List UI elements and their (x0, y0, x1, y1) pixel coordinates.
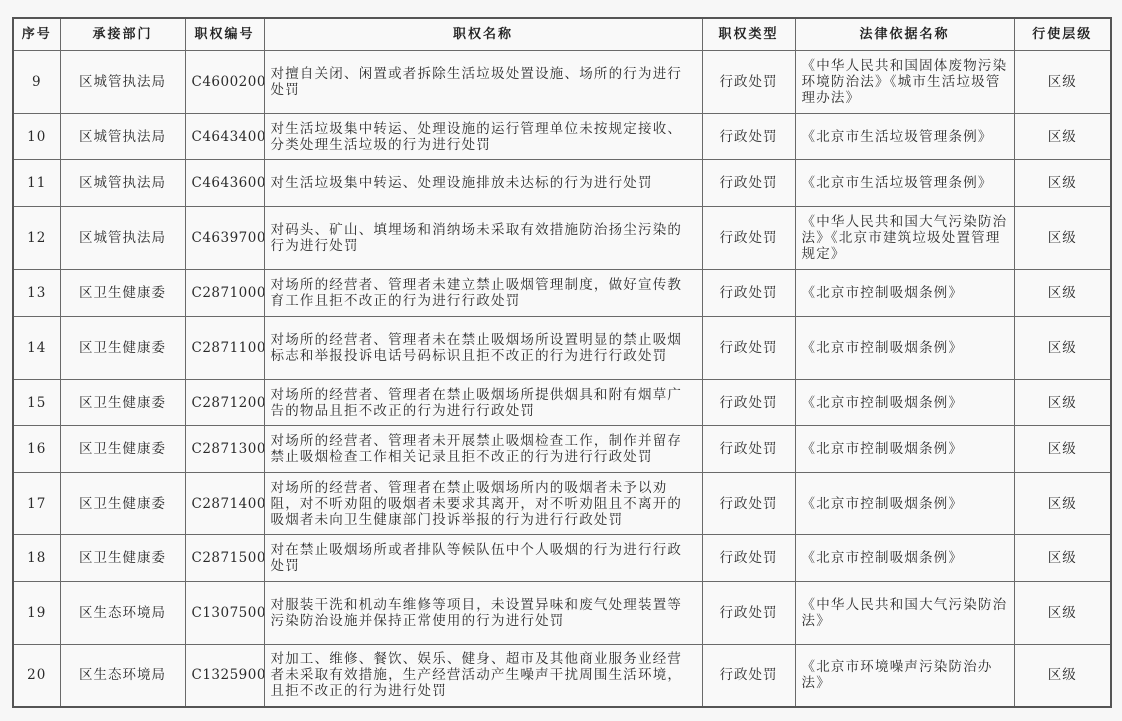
cell-serial-no: 14 (13, 317, 60, 380)
cell-authority-type: 行政处罚 (702, 207, 795, 270)
header-serial-no: 序号 (13, 18, 60, 51)
cell-department: 区卫生健康委 (60, 473, 185, 535)
cell-authority-type: 行政处罚 (702, 270, 795, 317)
cell-exercise-level: 区级 (1014, 380, 1111, 426)
cell-authority-type: 行政处罚 (702, 645, 795, 707)
cell-authority-name: 对擅自关闭、闲置或者拆除生活垃圾处置设施、场所的行为进行处罚 (264, 51, 702, 114)
cell-department: 区城管执法局 (60, 207, 185, 270)
cell-exercise-level: 区级 (1014, 51, 1111, 114)
cell-authority-code: C2871100 (185, 317, 264, 380)
cell-authority-name: 对场所的经营者、管理者未开展禁止吸烟检查工作，制作并留存禁止吸烟检查工作相关记录… (264, 426, 702, 473)
table-row: 16 区卫生健康委 C2871300 对场所的经营者、管理者未开展禁止吸烟检查工… (13, 426, 1111, 473)
cell-authority-type: 行政处罚 (702, 473, 795, 535)
cell-legal-basis: 《中华人民共和国大气污染防治法》 (795, 582, 1014, 645)
cell-authority-name: 对生活垃圾集中转运、处理设施排放未达标的行为进行处罚 (264, 160, 702, 207)
cell-department: 区城管执法局 (60, 51, 185, 114)
cell-authority-name: 对服装干洗和机动车维修等项目，未设置异味和废气处理装置等污染防治设施并保持正常使… (264, 582, 702, 645)
header-department: 承接部门 (60, 18, 185, 51)
cell-legal-basis: 《中华人民共和国大气污染防治法》《北京市建筑垃圾处置管理规定》 (795, 207, 1014, 270)
cell-serial-no: 20 (13, 645, 60, 707)
cell-authority-type: 行政处罚 (702, 380, 795, 426)
table-row: 18 区卫生健康委 C2871500 对在禁止吸烟场所或者排队等候队伍中个人吸烟… (13, 535, 1111, 582)
cell-legal-basis: 《北京市控制吸烟条例》 (795, 426, 1014, 473)
cell-authority-code: C2871300 (185, 426, 264, 473)
cell-department: 区卫生健康委 (60, 317, 185, 380)
table-row: 13 区卫生健康委 C2871000 对场所的经营者、管理者未建立禁止吸烟管理制… (13, 270, 1111, 317)
authority-table: 序号 承接部门 职权编号 职权名称 职权类型 法律依据名称 行使层级 9 区城管… (12, 17, 1112, 708)
cell-authority-code: C2871200 (185, 380, 264, 426)
header-exercise-level: 行使层级 (1014, 18, 1111, 51)
table-row: 15 区卫生健康委 C2871200 对场所的经营者、管理者在禁止吸烟场所提供烟… (13, 380, 1111, 426)
cell-legal-basis: 《北京市控制吸烟条例》 (795, 380, 1014, 426)
table-row: 20 区生态环境局 C1325900 对加工、维修、餐饮、娱乐、健身、超市及其他… (13, 645, 1111, 707)
authority-table-container: 序号 承接部门 职权编号 职权名称 职权类型 法律依据名称 行使层级 9 区城管… (12, 17, 1110, 708)
cell-authority-name: 对场所的经营者、管理者未建立禁止吸烟管理制度，做好宣传教育工作且拒不改正的行为进… (264, 270, 702, 317)
cell-exercise-level: 区级 (1014, 270, 1111, 317)
cell-authority-type: 行政处罚 (702, 51, 795, 114)
cell-serial-no: 18 (13, 535, 60, 582)
cell-authority-code: C1307500 (185, 582, 264, 645)
cell-serial-no: 12 (13, 207, 60, 270)
cell-legal-basis: 《北京市控制吸烟条例》 (795, 473, 1014, 535)
cell-exercise-level: 区级 (1014, 535, 1111, 582)
cell-serial-no: 10 (13, 114, 60, 160)
header-authority-name: 职权名称 (264, 18, 702, 51)
cell-authority-name: 对码头、矿山、填埋场和消纳场未采取有效措施防治扬尘污染的行为进行处罚 (264, 207, 702, 270)
cell-authority-type: 行政处罚 (702, 160, 795, 207)
table-row: 19 区生态环境局 C1307500 对服装干洗和机动车维修等项目，未设置异味和… (13, 582, 1111, 645)
cell-department: 区卫生健康委 (60, 270, 185, 317)
cell-legal-basis: 《中华人民共和国固体废物污染环境防治法》《城市生活垃圾管理办法》 (795, 51, 1014, 114)
cell-authority-name: 对场所的经营者、管理者未在禁止吸烟场所设置明显的禁止吸烟标志和举报投诉电话号码标… (264, 317, 702, 380)
cell-authority-name: 对场所的经营者、管理者在禁止吸烟场所内的吸烟者未予以劝阻，对不听劝阻的吸烟者未要… (264, 473, 702, 535)
cell-authority-type: 行政处罚 (702, 317, 795, 380)
cell-serial-no: 11 (13, 160, 60, 207)
cell-legal-basis: 《北京市控制吸烟条例》 (795, 535, 1014, 582)
cell-authority-code: C1325900 (185, 645, 264, 707)
cell-authority-type: 行政处罚 (702, 426, 795, 473)
cell-authority-name: 对加工、维修、餐饮、娱乐、健身、超市及其他商业服务业经营者未采取有效措施，生产经… (264, 645, 702, 707)
cell-exercise-level: 区级 (1014, 160, 1111, 207)
table-header: 序号 承接部门 职权编号 职权名称 职权类型 法律依据名称 行使层级 (13, 18, 1111, 51)
cell-legal-basis: 《北京市控制吸烟条例》 (795, 317, 1014, 380)
cell-authority-name: 对在禁止吸烟场所或者排队等候队伍中个人吸烟的行为进行行政处罚 (264, 535, 702, 582)
cell-department: 区卫生健康委 (60, 535, 185, 582)
cell-serial-no: 19 (13, 582, 60, 645)
cell-exercise-level: 区级 (1014, 645, 1111, 707)
cell-legal-basis: 《北京市环境噪声污染防治办法》 (795, 645, 1014, 707)
table-row: 17 区卫生健康委 C2871400 对场所的经营者、管理者在禁止吸烟场所内的吸… (13, 473, 1111, 535)
cell-authority-code: C4600200 (185, 51, 264, 114)
cell-authority-name: 对场所的经营者、管理者在禁止吸烟场所提供烟具和附有烟草广告的物品且拒不改正的行为… (264, 380, 702, 426)
cell-department: 区城管执法局 (60, 160, 185, 207)
cell-serial-no: 13 (13, 270, 60, 317)
cell-department: 区卫生健康委 (60, 380, 185, 426)
cell-authority-code: C4639700 (185, 207, 264, 270)
cell-department: 区卫生健康委 (60, 426, 185, 473)
table-row: 10 区城管执法局 C4643400 对生活垃圾集中转运、处理设施的运行管理单位… (13, 114, 1111, 160)
header-row: 序号 承接部门 职权编号 职权名称 职权类型 法律依据名称 行使层级 (13, 18, 1111, 51)
cell-authority-code: C4643400 (185, 114, 264, 160)
cell-legal-basis: 《北京市控制吸烟条例》 (795, 270, 1014, 317)
cell-authority-type: 行政处罚 (702, 582, 795, 645)
cell-exercise-level: 区级 (1014, 473, 1111, 535)
cell-authority-code: C2871500 (185, 535, 264, 582)
cell-serial-no: 16 (13, 426, 60, 473)
header-authority-code: 职权编号 (185, 18, 264, 51)
cell-authority-type: 行政处罚 (702, 535, 795, 582)
table-row: 11 区城管执法局 C4643600 对生活垃圾集中转运、处理设施排放未达标的行… (13, 160, 1111, 207)
cell-department: 区生态环境局 (60, 645, 185, 707)
cell-exercise-level: 区级 (1014, 426, 1111, 473)
table-row: 14 区卫生健康委 C2871100 对场所的经营者、管理者未在禁止吸烟场所设置… (13, 317, 1111, 380)
cell-department: 区城管执法局 (60, 114, 185, 160)
table-body: 9 区城管执法局 C4600200 对擅自关闭、闲置或者拆除生活垃圾处置设施、场… (13, 51, 1111, 707)
cell-authority-code: C2871400 (185, 473, 264, 535)
cell-exercise-level: 区级 (1014, 207, 1111, 270)
table-row: 12 区城管执法局 C4639700 对码头、矿山、填埋场和消纳场未采取有效措施… (13, 207, 1111, 270)
table-row: 9 区城管执法局 C4600200 对擅自关闭、闲置或者拆除生活垃圾处置设施、场… (13, 51, 1111, 114)
cell-authority-code: C4643600 (185, 160, 264, 207)
cell-exercise-level: 区级 (1014, 582, 1111, 645)
header-legal-basis: 法律依据名称 (795, 18, 1014, 51)
cell-exercise-level: 区级 (1014, 317, 1111, 380)
cell-serial-no: 9 (13, 51, 60, 114)
cell-legal-basis: 《北京市生活垃圾管理条例》 (795, 114, 1014, 160)
cell-authority-type: 行政处罚 (702, 114, 795, 160)
header-authority-type: 职权类型 (702, 18, 795, 51)
cell-serial-no: 17 (13, 473, 60, 535)
cell-exercise-level: 区级 (1014, 114, 1111, 160)
cell-legal-basis: 《北京市生活垃圾管理条例》 (795, 160, 1014, 207)
cell-department: 区生态环境局 (60, 582, 185, 645)
cell-authority-code: C2871000 (185, 270, 264, 317)
cell-authority-name: 对生活垃圾集中转运、处理设施的运行管理单位未按规定接收、分类处理生活垃圾的行为进… (264, 114, 702, 160)
cell-serial-no: 15 (13, 380, 60, 426)
